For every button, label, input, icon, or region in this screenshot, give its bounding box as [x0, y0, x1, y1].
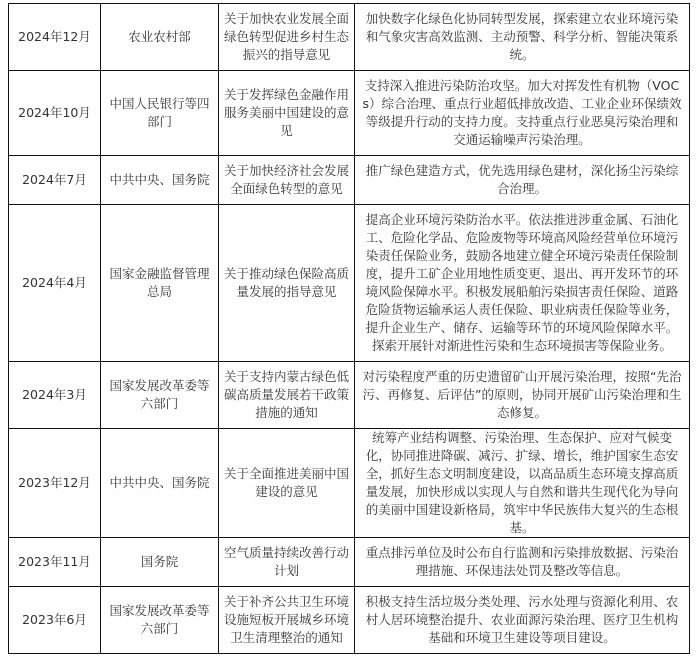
policy-content-cell: 加快数字化绿色化协同转型发展，探索建立农业环境污染和气象灾害高效监测、主动预警、… [355, 4, 690, 71]
policy-title-cell: 关于发挥绿色金融作用服务美丽中国建设的意见 [219, 71, 355, 156]
department-cell: 中共中央、国务院 [101, 429, 219, 538]
department-cell: 国家发展改革委等六部门 [101, 587, 219, 654]
policy-title-cell: 关于支持内蒙古绿色低碳高质量发展若干政策措施的通知 [219, 362, 355, 429]
date-cell: 2024年7月 [9, 156, 101, 205]
date-cell: 2023年6月 [9, 587, 101, 654]
date-cell: 2023年11月 [9, 538, 101, 587]
table-row: 2023年12月 中共中央、国务院 关于全面推进美丽中国建设的意见 统筹产业结构… [9, 429, 690, 538]
policy-title-cell: 关于补齐公共卫生环境设施短板开展城乡环境卫生清理整治的通知 [219, 587, 355, 654]
policy-title-cell: 关于加快农业发展全面绿色转型促进乡村生态振兴的指导意见 [219, 4, 355, 71]
table-row: 2024年12月 农业农村部 关于加快农业发展全面绿色转型促进乡村生态振兴的指导… [9, 4, 690, 71]
policy-content-cell: 统筹产业结构调整、污染治理、生态保护、应对气候变化，协同推进降碳、减污、扩绿、增… [355, 429, 690, 538]
department-cell: 中共中央、国务院 [101, 156, 219, 205]
policy-content-cell: 重点排污单位及时公布自行监测和污染排放数据、污染治理措施、环保违法处罚及整改等信… [355, 538, 690, 587]
policy-content-cell: 对污染程度严重的历史遗留矿山开展污染治理，按照“先治污、再修复、后评估”的原则，… [355, 362, 690, 429]
department-cell: 国务院 [101, 538, 219, 587]
table-row: 2024年4月 国家金融监督管理总局 关于推动绿色保险高质量发展的指导意见 提高… [9, 205, 690, 362]
policy-table: 2024年12月 农业农村部 关于加快农业发展全面绿色转型促进乡村生态振兴的指导… [8, 3, 690, 654]
policy-title-cell: 关于全面推进美丽中国建设的意见 [219, 429, 355, 538]
table-row: 2023年11月 国务院 空气质量持续改善行动计划 重点排污单位及时公布自行监测… [9, 538, 690, 587]
department-cell: 中国人民银行等四部门 [101, 71, 219, 156]
policy-title-cell: 空气质量持续改善行动计划 [219, 538, 355, 587]
date-cell: 2024年10月 [9, 71, 101, 156]
date-cell: 2024年12月 [9, 4, 101, 71]
date-cell: 2024年3月 [9, 362, 101, 429]
department-cell: 农业农村部 [101, 4, 219, 71]
table-row: 2024年3月 国家发展改革委等六部门 关于支持内蒙古绿色低碳高质量发展若干政策… [9, 362, 690, 429]
table-row: 2024年10月 中国人民银行等四部门 关于发挥绿色金融作用服务美丽中国建设的意… [9, 71, 690, 156]
department-cell: 国家金融监督管理总局 [101, 205, 219, 362]
policy-title-cell: 关于推动绿色保险高质量发展的指导意见 [219, 205, 355, 362]
policy-content-cell: 支持深入推进污染防治攻坚。加大对挥发性有机物（VOCs）综合治理、重点行业超低排… [355, 71, 690, 156]
table-row: 2024年7月 中共中央、国务院 关于加快经济社会发展全面绿色转型的意见 推广绿… [9, 156, 690, 205]
policy-content-cell: 提高企业环境污染防治水平。依法推进涉重金属、石油化工、危险化学品、危险废物等环境… [355, 205, 690, 362]
policy-title-cell: 关于加快经济社会发展全面绿色转型的意见 [219, 156, 355, 205]
policy-content-cell: 积极支持生活垃圾分类处理、污水处理与资源化利用、农村人居环境整治提升、农业面源污… [355, 587, 690, 654]
date-cell: 2023年12月 [9, 429, 101, 538]
policy-content-cell: 推广绿色建造方式，优先选用绿色建材，深化扬尘污染综合治理。 [355, 156, 690, 205]
table-row: 2023年6月 国家发展改革委等六部门 关于补齐公共卫生环境设施短板开展城乡环境… [9, 587, 690, 654]
date-cell: 2024年4月 [9, 205, 101, 362]
department-cell: 国家发展改革委等六部门 [101, 362, 219, 429]
